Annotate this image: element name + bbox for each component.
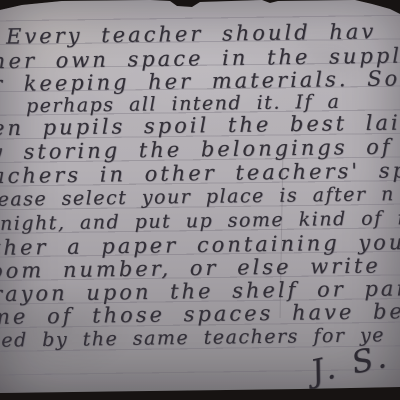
photographed-letter: Every teacher should hav her own space i… (0, 0, 400, 400)
letter-paper: Every teacher should hav her own space i… (0, 0, 400, 400)
